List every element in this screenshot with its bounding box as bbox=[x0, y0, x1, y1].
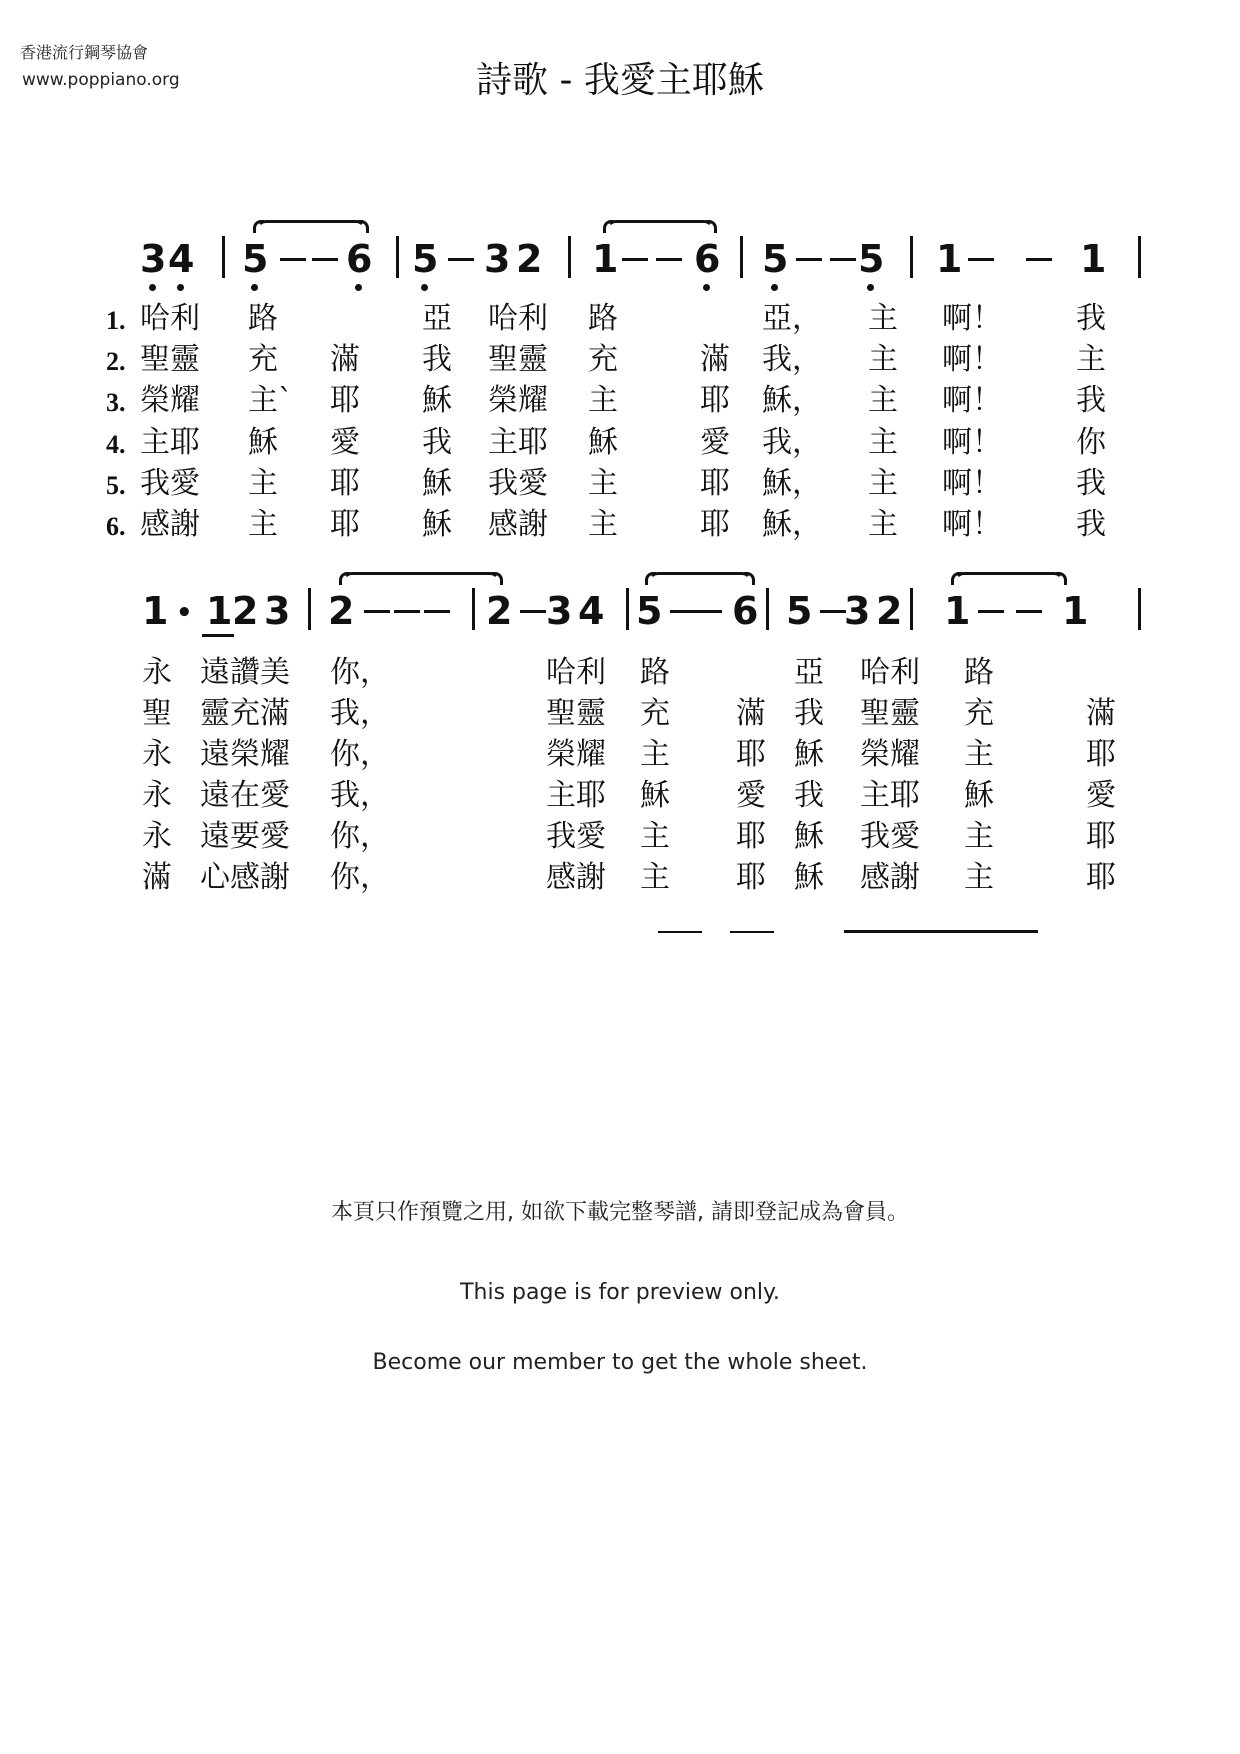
lyric-syllable: 主 bbox=[964, 863, 994, 893]
lyric-syllable: 主耶 bbox=[546, 781, 606, 811]
lyric-syllable: 主 bbox=[964, 822, 994, 852]
lyric-syllable: 滿 bbox=[736, 699, 766, 729]
lyric-syllable: 穌 bbox=[794, 740, 824, 770]
lyric-syllable: 亞 bbox=[794, 658, 824, 688]
lyric-syllable: 耶 bbox=[1086, 740, 1116, 770]
member-notice-en: Become our member to get the whole sheet… bbox=[0, 1350, 1240, 1375]
lyric-syllable: 滿 bbox=[1086, 699, 1116, 729]
lyric-syllable: 主 bbox=[640, 822, 670, 852]
lyric-syllable: 聖靈 bbox=[860, 699, 920, 729]
lyric-syllable: 榮耀 bbox=[546, 740, 606, 770]
lyric-syllable: 你， bbox=[330, 863, 390, 893]
lyric-syllable: 遠要愛 bbox=[200, 822, 290, 852]
lyric-syllable: 感謝 bbox=[860, 863, 920, 893]
lyric-syllable: 遠榮耀 bbox=[200, 740, 290, 770]
lyric-syllable: 耶 bbox=[736, 822, 766, 852]
lyric-syllable: 主 bbox=[964, 740, 994, 770]
lyric-syllable: 感謝 bbox=[546, 863, 606, 893]
lyric-syllable: 穌 bbox=[964, 781, 994, 811]
lyric-syllable: 愛 bbox=[736, 781, 766, 811]
rule-line bbox=[730, 931, 774, 933]
lyric-syllable: 心感謝 bbox=[200, 863, 290, 893]
lyric-syllable: 我， bbox=[330, 699, 390, 729]
lyric-syllable: 我 bbox=[794, 781, 824, 811]
lyric-syllable: 永 bbox=[142, 822, 172, 852]
lyric-syllable: 你， bbox=[330, 658, 390, 688]
preview-notice-en: This page is for preview only. bbox=[0, 1280, 1240, 1305]
lyric-syllable: 榮耀 bbox=[860, 740, 920, 770]
lyric-syllable: 永 bbox=[142, 658, 172, 688]
rule-line bbox=[844, 930, 1038, 933]
lyric-syllable: 我愛 bbox=[546, 822, 606, 852]
lyric-syllable: 哈利 bbox=[546, 658, 606, 688]
lyric-syllable: 永 bbox=[142, 740, 172, 770]
lyric-syllable: 遠讚美 bbox=[200, 658, 290, 688]
lyric-syllable: 充 bbox=[640, 699, 670, 729]
lyric-syllable: 永 bbox=[142, 781, 172, 811]
lyric-syllable: 耶 bbox=[1086, 822, 1116, 852]
lyric-syllable: 聖 bbox=[142, 699, 172, 729]
lyric-syllable: 聖靈 bbox=[546, 699, 606, 729]
lyric-syllable: 愛 bbox=[1086, 781, 1116, 811]
lyric-syllable: 主 bbox=[640, 740, 670, 770]
preview-notice-zh: 本頁只作預覽之用, 如欲下載完整琴譜, 請即登記成為會員。 bbox=[0, 1195, 1240, 1226]
lyric-syllable: 你， bbox=[330, 740, 390, 770]
lyric-syllable: 遠在愛 bbox=[200, 781, 290, 811]
lyric-syllable: 路 bbox=[640, 658, 670, 688]
lyric-syllable: 主 bbox=[640, 863, 670, 893]
lyric-syllable: 耶 bbox=[736, 863, 766, 893]
lyric-syllable: 主耶 bbox=[860, 781, 920, 811]
lyric-syllable: 哈利 bbox=[860, 658, 920, 688]
lyrics-block-2: 永遠讚美你，哈利路亞哈利路聖靈充滿我，聖靈充滿我聖靈充滿永遠榮耀你，榮耀主耶穌榮… bbox=[0, 0, 1240, 960]
lyric-syllable: 我 bbox=[794, 699, 824, 729]
lyric-syllable: 滿 bbox=[142, 863, 172, 893]
lyric-syllable: 穌 bbox=[794, 863, 824, 893]
rule-line bbox=[658, 931, 702, 933]
lyric-syllable: 耶 bbox=[736, 740, 766, 770]
lyric-syllable: 我愛 bbox=[860, 822, 920, 852]
lyric-syllable: 路 bbox=[964, 658, 994, 688]
lyric-syllable: 我， bbox=[330, 781, 390, 811]
lyric-syllable: 充 bbox=[964, 699, 994, 729]
lyric-syllable: 穌 bbox=[640, 781, 670, 811]
lyric-syllable: 靈充滿 bbox=[200, 699, 290, 729]
lyric-syllable: 耶 bbox=[1086, 863, 1116, 893]
lyric-syllable: 穌 bbox=[794, 822, 824, 852]
lyric-syllable: 你， bbox=[330, 822, 390, 852]
